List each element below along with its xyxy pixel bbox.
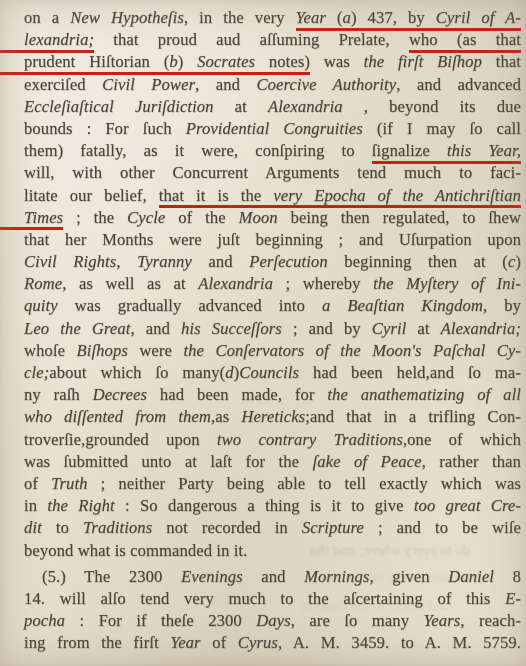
text-segment: bounds : For ſuch bbox=[24, 119, 186, 138]
text-segment: the Myſtery of Ini- bbox=[373, 274, 521, 293]
text-segment: at bbox=[406, 319, 440, 338]
text-segment: , and bbox=[195, 75, 256, 94]
text-segment: Alexandria bbox=[198, 274, 273, 293]
text-segment: , given bbox=[369, 567, 448, 586]
text-line: Leo the Great, and his Succeſſors ; and … bbox=[24, 318, 521, 340]
text-segment: Leo the Great bbox=[24, 319, 130, 338]
text-segment: to bbox=[42, 518, 83, 537]
text-segment: were bbox=[128, 341, 184, 360]
text-line: will, with other Concurrent Arguments te… bbox=[24, 162, 521, 184]
text-line: troverſie,grounded upon two contrary Tra… bbox=[24, 429, 521, 451]
text-segment: ;and that in a trifling Con- bbox=[305, 407, 521, 426]
text-segment: Providential Congruities bbox=[186, 119, 363, 138]
text-segment: ; and to be wiſe bbox=[364, 518, 521, 537]
text-segment: the anathematizing of all bbox=[327, 385, 521, 404]
text-line: litate our belief, that it is the very E… bbox=[24, 185, 521, 207]
red-underlined-text: prudent Hiſtorian ( bbox=[0, 52, 169, 75]
text-segment: Year bbox=[170, 633, 200, 652]
text-segment: ,one of which bbox=[403, 430, 521, 449]
text-line: them) fatally, as it were, conſpiring to… bbox=[24, 140, 521, 162]
text-segment: cle; bbox=[24, 363, 49, 382]
text-segment: being then regulated, to ſhew bbox=[278, 208, 521, 227]
text-segment: Cyrus bbox=[238, 633, 278, 652]
red-underlined-text: notes) bbox=[255, 52, 310, 75]
text-segment: Alexandria bbox=[268, 97, 343, 116]
text-segment: , A. M. 3459. to A. M. 5759. bbox=[278, 633, 521, 652]
text-segment: that her Months were juſt beginning ; an… bbox=[24, 230, 521, 249]
text-segment: , in the very bbox=[184, 8, 296, 27]
text-segment: that bbox=[482, 52, 521, 71]
text-segment: Rome bbox=[24, 274, 62, 293]
red-underlined-text: Times bbox=[0, 208, 63, 231]
text-segment: Eccleſiaſtical Juriſdiction bbox=[24, 97, 214, 116]
text-line: ny raſh Decrees had been made, for the a… bbox=[24, 384, 521, 406]
text-segment: 8 bbox=[494, 567, 521, 586]
text-line: dit to Traditions not recorded in Script… bbox=[24, 517, 521, 539]
text-segment: too great Cre- bbox=[414, 496, 521, 515]
text-line: on a New Hypotheſis, in the very Year (a… bbox=[24, 7, 521, 29]
text-line: ing from the firſt Year of Cyrus, A. M. … bbox=[24, 632, 521, 654]
text-segment: (5.) The 2300 bbox=[42, 567, 181, 586]
text-segment: New Hypotheſis bbox=[70, 8, 184, 27]
text-segment: , by bbox=[483, 296, 521, 315]
text-segment: Mornings bbox=[304, 567, 369, 586]
text-line: quity was gradually advanced into a Beaſ… bbox=[24, 295, 521, 317]
text-segment: was ſubmitted unto at laſt for the bbox=[24, 452, 313, 471]
text-segment: : So dangerous a thing is it to give bbox=[115, 496, 414, 515]
text-segment: ; and by bbox=[282, 319, 372, 338]
text-line: who diſſented from them,as Hereticks;and… bbox=[24, 406, 521, 428]
text-segment: , as well as at bbox=[62, 274, 198, 293]
text-segment: ing from the firſt bbox=[24, 633, 170, 652]
text-segment: two contrary Traditions bbox=[217, 430, 403, 449]
text-segment: : For if theſe 2300 bbox=[65, 611, 256, 630]
text-line: in the Right : So dangerous a thing is i… bbox=[24, 495, 521, 517]
text-segment: Hereticks bbox=[241, 407, 305, 426]
text-line: Times ; the Cycle of the Moon being then… bbox=[24, 207, 521, 229]
text-segment: in bbox=[24, 496, 47, 515]
text-line: lexandria; that proud aud aſſuming Prela… bbox=[24, 29, 521, 51]
text-line: was ſubmitted unto at laſt for the ſake … bbox=[24, 451, 521, 473]
text-segment: (if I may ſo call bbox=[363, 119, 521, 138]
text-segment: quity bbox=[24, 296, 58, 315]
text-segment: d bbox=[225, 363, 233, 382]
text-line: Rome, as well as at Alexandria ; whereby… bbox=[24, 273, 521, 295]
text-segment: , reach- bbox=[460, 611, 521, 630]
text-segment: , beyond its due bbox=[343, 97, 521, 116]
red-underlined-text: Socrates bbox=[197, 52, 255, 75]
text-segment: dit bbox=[24, 518, 42, 537]
red-underlined-text: Cyril of A- bbox=[436, 8, 521, 31]
text-segment: , and advanced bbox=[396, 75, 521, 94]
text-segment: and bbox=[192, 252, 249, 271]
text-segment: Alexandria; bbox=[441, 319, 521, 338]
text-segment: Cycle bbox=[127, 208, 165, 227]
text-segment: , bbox=[116, 252, 137, 271]
text-segment: will, with other Concurrent Arguments te… bbox=[24, 163, 521, 182]
text-segment: troverſie,grounded upon bbox=[24, 430, 217, 449]
text-segment: Biſhops bbox=[77, 341, 128, 360]
text-segment: Moon bbox=[239, 208, 278, 227]
text-segment: Evenings bbox=[181, 567, 243, 586]
text-line: exerciſed Civil Power, and Coercive Auth… bbox=[24, 74, 521, 96]
text-segment: a Beaſtian Kingdom bbox=[322, 296, 483, 315]
text-line: Eccleſiaſtical Juriſdiction at Alexandri… bbox=[24, 96, 521, 118]
text-segment: Truth bbox=[51, 474, 87, 493]
text-segment: ſake of Peace bbox=[313, 452, 422, 471]
text-segment: them) fatally, as it were, conſpiring to bbox=[24, 141, 372, 160]
red-underlined-text: very Epocha of the Antichriſtian bbox=[273, 186, 521, 209]
red-underlined-text: lexandria; bbox=[0, 30, 94, 53]
text-segment: Years bbox=[424, 611, 461, 630]
text-segment: Scripture bbox=[302, 518, 364, 537]
text-segment: 14. will alſo tend very much to the aſce… bbox=[24, 589, 505, 608]
text-segment: whoſe bbox=[24, 341, 77, 360]
text-segment: was bbox=[310, 52, 364, 71]
text-segment: , rather than bbox=[422, 452, 521, 471]
text-line: cle;about which ſo many(d)Councils had b… bbox=[24, 362, 521, 384]
text-segment: that proud aud aſſuming Prelate, bbox=[94, 30, 409, 49]
text-segment: Councils bbox=[239, 363, 299, 382]
text-line: pocha : For if theſe 2300 Days, are ſo m… bbox=[24, 610, 521, 632]
red-underlined-text: Year bbox=[296, 8, 326, 31]
text-segment: Traditions bbox=[83, 518, 152, 537]
text-segment: , and bbox=[130, 319, 181, 338]
text-segment: Coercive Authority bbox=[256, 75, 396, 94]
text-segment: at bbox=[214, 97, 268, 116]
text-segment: litate our belief, bbox=[24, 186, 159, 205]
red-underlined-text: ) bbox=[178, 52, 197, 75]
text-segment: of bbox=[201, 633, 238, 652]
book-page-text: on a New Hypotheſis, in the very Year (a… bbox=[24, 7, 521, 654]
red-underlined-text: who (as that bbox=[409, 30, 521, 53]
text-line: that her Months were juſt beginning ; an… bbox=[24, 229, 521, 251]
red-underlined-text: ) 437, by bbox=[351, 8, 436, 31]
book-page: on a New Hypotheſis, in the very Year (a… bbox=[0, 0, 526, 654]
text-line: 14. will alſo tend very much to the aſce… bbox=[24, 588, 521, 610]
text-segment: ny raſh bbox=[24, 385, 93, 404]
text-line: prudent Hiſtorian (b) Socrates notes) wa… bbox=[24, 51, 521, 73]
text-segment: on a bbox=[24, 8, 70, 27]
text-segment: as bbox=[215, 407, 241, 426]
red-underlined-text: ſignalize bbox=[372, 141, 447, 164]
text-segment: not recorded in bbox=[152, 518, 302, 537]
text-segment: Cyril bbox=[372, 319, 407, 338]
red-underlined-text: this Year, bbox=[447, 141, 521, 164]
text-line: of Truth ; neither Party being able to t… bbox=[24, 473, 521, 495]
text-segment: ) bbox=[515, 252, 521, 271]
text-segment: Perſecution bbox=[249, 252, 328, 271]
text-segment: Days bbox=[256, 611, 291, 630]
text-line: beyond what is commanded in it. bbox=[24, 540, 521, 562]
text-segment: about which ſo many( bbox=[49, 363, 225, 382]
red-underlined-text: a bbox=[343, 8, 351, 31]
text-segment: ; the bbox=[63, 208, 127, 227]
text-segment: beyond what is commanded in it. bbox=[24, 541, 247, 560]
text-segment: Civil Rights bbox=[24, 252, 116, 271]
text-segment: the Conſervators of the Moon's Paſchal C… bbox=[183, 341, 521, 360]
text-segment: Daniel bbox=[448, 567, 494, 586]
text-segment: the Right bbox=[47, 496, 114, 515]
text-segment: of bbox=[24, 474, 51, 493]
text-segment: Tyranny bbox=[137, 252, 192, 271]
text-segment: Civil Power bbox=[102, 75, 195, 94]
paragraph: on a New Hypotheſis, in the very Year (a… bbox=[24, 7, 521, 562]
red-underlined-text: b bbox=[169, 52, 177, 75]
text-segment: beginning then at ( bbox=[328, 252, 508, 271]
text-segment: and bbox=[243, 567, 304, 586]
text-segment: E- bbox=[505, 589, 521, 608]
text-line: (5.) The 2300 Evenings and Mornings, giv… bbox=[24, 566, 521, 588]
text-segment: ; neither Party being able to tell exact… bbox=[88, 474, 521, 493]
red-underlined-text: that it is the bbox=[159, 186, 274, 209]
text-segment: exerciſed bbox=[24, 75, 102, 94]
text-segment: of the bbox=[165, 208, 238, 227]
text-segment: pocha bbox=[24, 611, 65, 630]
text-segment: his Succeſſors bbox=[181, 319, 282, 338]
paragraph: (5.) The 2300 Evenings and Mornings, giv… bbox=[24, 566, 521, 655]
text-line: Civil Rights, Tyranny and Perſecution be… bbox=[24, 251, 521, 273]
text-segment: Decrees bbox=[93, 385, 147, 404]
red-underlined-text: ( bbox=[326, 8, 343, 31]
text-segment: ; whereby bbox=[273, 274, 373, 293]
text-line: whoſe Biſhops were the Conſervators of t… bbox=[24, 340, 521, 362]
text-segment: was gradually advanced into bbox=[58, 296, 322, 315]
text-line: bounds : For ſuch Providential Congruiti… bbox=[24, 118, 521, 140]
text-segment: the firſt Biſhop bbox=[364, 52, 482, 71]
text-segment: , are ſo many bbox=[291, 611, 424, 630]
text-segment: had been made, for bbox=[147, 385, 327, 404]
text-segment: had been held,and ſo ma- bbox=[299, 363, 521, 382]
text-segment: who diſſented from them, bbox=[24, 407, 215, 426]
